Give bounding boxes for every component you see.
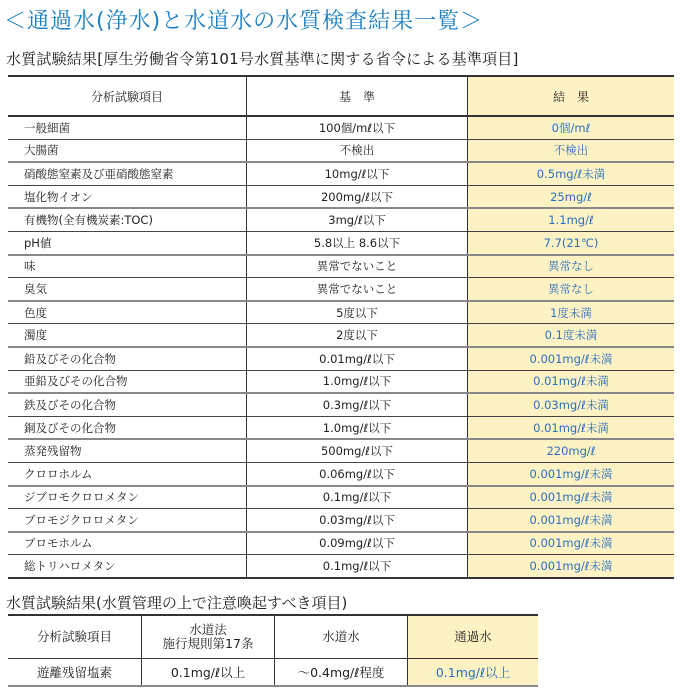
table-row: 蒸発残留物500mg/ℓ以下220mg/ℓ [8,439,674,462]
cell-standard: 0.3mg/ℓ以下 [247,393,468,416]
cell-item: 塩化物イオン [8,185,247,208]
table-row: pH値5.8以上 8.6以下7.7(21℃) [8,231,674,254]
cell-standard: 不検出 [247,139,468,162]
standard-items-table: 分析試験項目 基 準 結 果 一般細菌100個/mℓ以下0個/mℓ大腸菌不検出不… [8,75,674,579]
cell-item: クロロホルム [8,462,247,485]
cell-standard: 1.0mg/ℓ以下 [247,416,468,439]
cell-result: 0.03mg/ℓ未満 [468,393,675,416]
cell-result: 異常なし [468,278,675,301]
cell-standard: 5度以下 [247,301,468,324]
table-row: 総トリハロメタン0.1mg/ℓ以下0.001mg/ℓ未満 [8,555,674,578]
cell-standard: 0.09mg/ℓ以下 [247,532,468,555]
cell-result: 1.1mg/ℓ [468,208,675,231]
table-row: ジブロモクロロメタン0.1mg/ℓ以下0.001mg/ℓ未満 [8,486,674,509]
cell-result: 0.001mg/ℓ未満 [468,509,675,532]
table-header-row: 分析試験項目 基 準 結 果 [8,76,674,116]
cell-tap: ～0.4mg/ℓ程度 [275,659,408,687]
cell-standard: 0.1mg/ℓ以下 [247,486,468,509]
cell-result: 1度未満 [468,301,675,324]
cell-standard: 10mg/ℓ以下 [247,162,468,185]
col-header-item: 分析試験項目 [8,615,142,659]
cell-item: 味 [8,255,247,278]
cell-item: ジブロモクロロメタン [8,486,247,509]
cell-item: pH値 [8,231,247,254]
cell-item: ブロモジクロロメタン [8,509,247,532]
law-label-line1: 水道法 [189,622,227,637]
cell-item: 色度 [8,301,247,324]
col-header-law: 水道法施行規則第17条 [142,615,275,659]
cell-result: 不検出 [468,139,675,162]
cell-result: 0.001mg/ℓ未満 [468,462,675,485]
caution-items-table: 分析試験項目 水道法施行規則第17条 水道水 通過水 遊離残留塩素 0.1mg/… [8,614,538,687]
cell-result: 異常なし [468,255,675,278]
section1-heading: 水質試験結果[厚生労働省令第101号水質基準に関する省令による基準項目] [6,48,519,69]
cell-item: 鉛及びその化合物 [8,347,247,370]
table-row: ブロモジクロロメタン0.03mg/ℓ以下0.001mg/ℓ未満 [8,509,674,532]
cell-result: 0.001mg/ℓ未満 [468,532,675,555]
table-row: 亜鉛及びその化合物1.0mg/ℓ以下0.01mg/ℓ未満 [8,370,674,393]
cell-item: 一般細菌 [8,116,247,139]
cell-item: 遊離残留塩素 [8,659,142,687]
table-row: 塩化物イオン200mg/ℓ以下25mg/ℓ [8,185,674,208]
cell-item: 濁度 [8,324,247,347]
cell-standard: 0.01mg/ℓ以下 [247,347,468,370]
col-header-tap-water: 水道水 [275,615,408,659]
cell-item: ブロモホルム [8,532,247,555]
col-header-standard: 基 準 [247,76,468,116]
cell-standard: 0.06mg/ℓ以下 [247,462,468,485]
cell-item: 鉄及びその化合物 [8,393,247,416]
cell-item: 大腸菌 [8,139,247,162]
table-row: クロロホルム0.06mg/ℓ以下0.001mg/ℓ未満 [8,462,674,485]
cell-law: 0.1mg/ℓ以上 [142,659,275,687]
table-row: 鉄及びその化合物0.3mg/ℓ以下0.03mg/ℓ未満 [8,393,674,416]
cell-item: 銅及びその化合物 [8,416,247,439]
cell-result: 25mg/ℓ [468,185,675,208]
cell-result: 0.01mg/ℓ未満 [468,370,675,393]
cell-result: 7.7(21℃) [468,231,675,254]
table-row: 味異常でないこと異常なし [8,255,674,278]
section2-heading: 水質試験結果(水質管理の上で注意喚起すべき項目) [6,592,347,613]
cell-item: 臭気 [8,278,247,301]
cell-standard: 200mg/ℓ以下 [247,185,468,208]
cell-item: 蒸発残留物 [8,439,247,462]
cell-standard: 異常でないこと [247,278,468,301]
table-row: 臭気異常でないこと異常なし [8,278,674,301]
cell-standard: 異常でないこと [247,255,468,278]
table-row: 濁度2度以下0.1度未満 [8,324,674,347]
cell-result: 0.5mg/ℓ未満 [468,162,675,185]
cell-standard: 3mg/ℓ以下 [247,208,468,231]
cell-item: 有機物(全有機炭素:TOC) [8,208,247,231]
table-row: 一般細菌100個/mℓ以下0個/mℓ [8,116,674,139]
cell-standard: 0.03mg/ℓ以下 [247,509,468,532]
table-row: ブロモホルム0.09mg/ℓ以下0.001mg/ℓ未満 [8,532,674,555]
law-label-line2: 施行規則第17条 [163,636,254,651]
cell-result: 220mg/ℓ [468,439,675,462]
cell-result: 0.01mg/ℓ未満 [468,416,675,439]
table-row: 硝酸態窒素及び亜硝酸態窒素10mg/ℓ以下0.5mg/ℓ未満 [8,162,674,185]
cell-standard: 0.1mg/ℓ以下 [247,555,468,578]
col-header-filtered-water: 通過水 [408,615,539,659]
cell-item: 亜鉛及びその化合物 [8,370,247,393]
table-row: 遊離残留塩素 0.1mg/ℓ以上 ～0.4mg/ℓ程度 0.1mg/ℓ以上 [8,659,538,687]
table-row: 大腸菌不検出不検出 [8,139,674,162]
cell-standard: 500mg/ℓ以下 [247,439,468,462]
table-row: 銅及びその化合物1.0mg/ℓ以下0.01mg/ℓ未満 [8,416,674,439]
cell-filtered: 0.1mg/ℓ以上 [408,659,539,687]
cell-item: 総トリハロメタン [8,555,247,578]
cell-item: 硝酸態窒素及び亜硝酸態窒素 [8,162,247,185]
cell-result: 0.001mg/ℓ未満 [468,347,675,370]
page-title: ＜通過水(浄水)と水道水の水質検査結果一覧＞ [4,4,483,35]
cell-result: 0.1度未満 [468,324,675,347]
table-row: 鉛及びその化合物0.01mg/ℓ以下0.001mg/ℓ未満 [8,347,674,370]
cell-standard: 2度以下 [247,324,468,347]
col-header-result: 結 果 [468,76,675,116]
cell-result: 0個/mℓ [468,116,675,139]
cell-standard: 1.0mg/ℓ以下 [247,370,468,393]
cell-standard: 100個/mℓ以下 [247,116,468,139]
table-row: 有機物(全有機炭素:TOC)3mg/ℓ以下1.1mg/ℓ [8,208,674,231]
table-row: 色度5度以下1度未満 [8,301,674,324]
cell-result: 0.001mg/ℓ未満 [468,555,675,578]
table-header-row: 分析試験項目 水道法施行規則第17条 水道水 通過水 [8,615,538,659]
col-header-item: 分析試験項目 [8,76,247,116]
cell-result: 0.001mg/ℓ未満 [468,486,675,509]
cell-standard: 5.8以上 8.6以下 [247,231,468,254]
